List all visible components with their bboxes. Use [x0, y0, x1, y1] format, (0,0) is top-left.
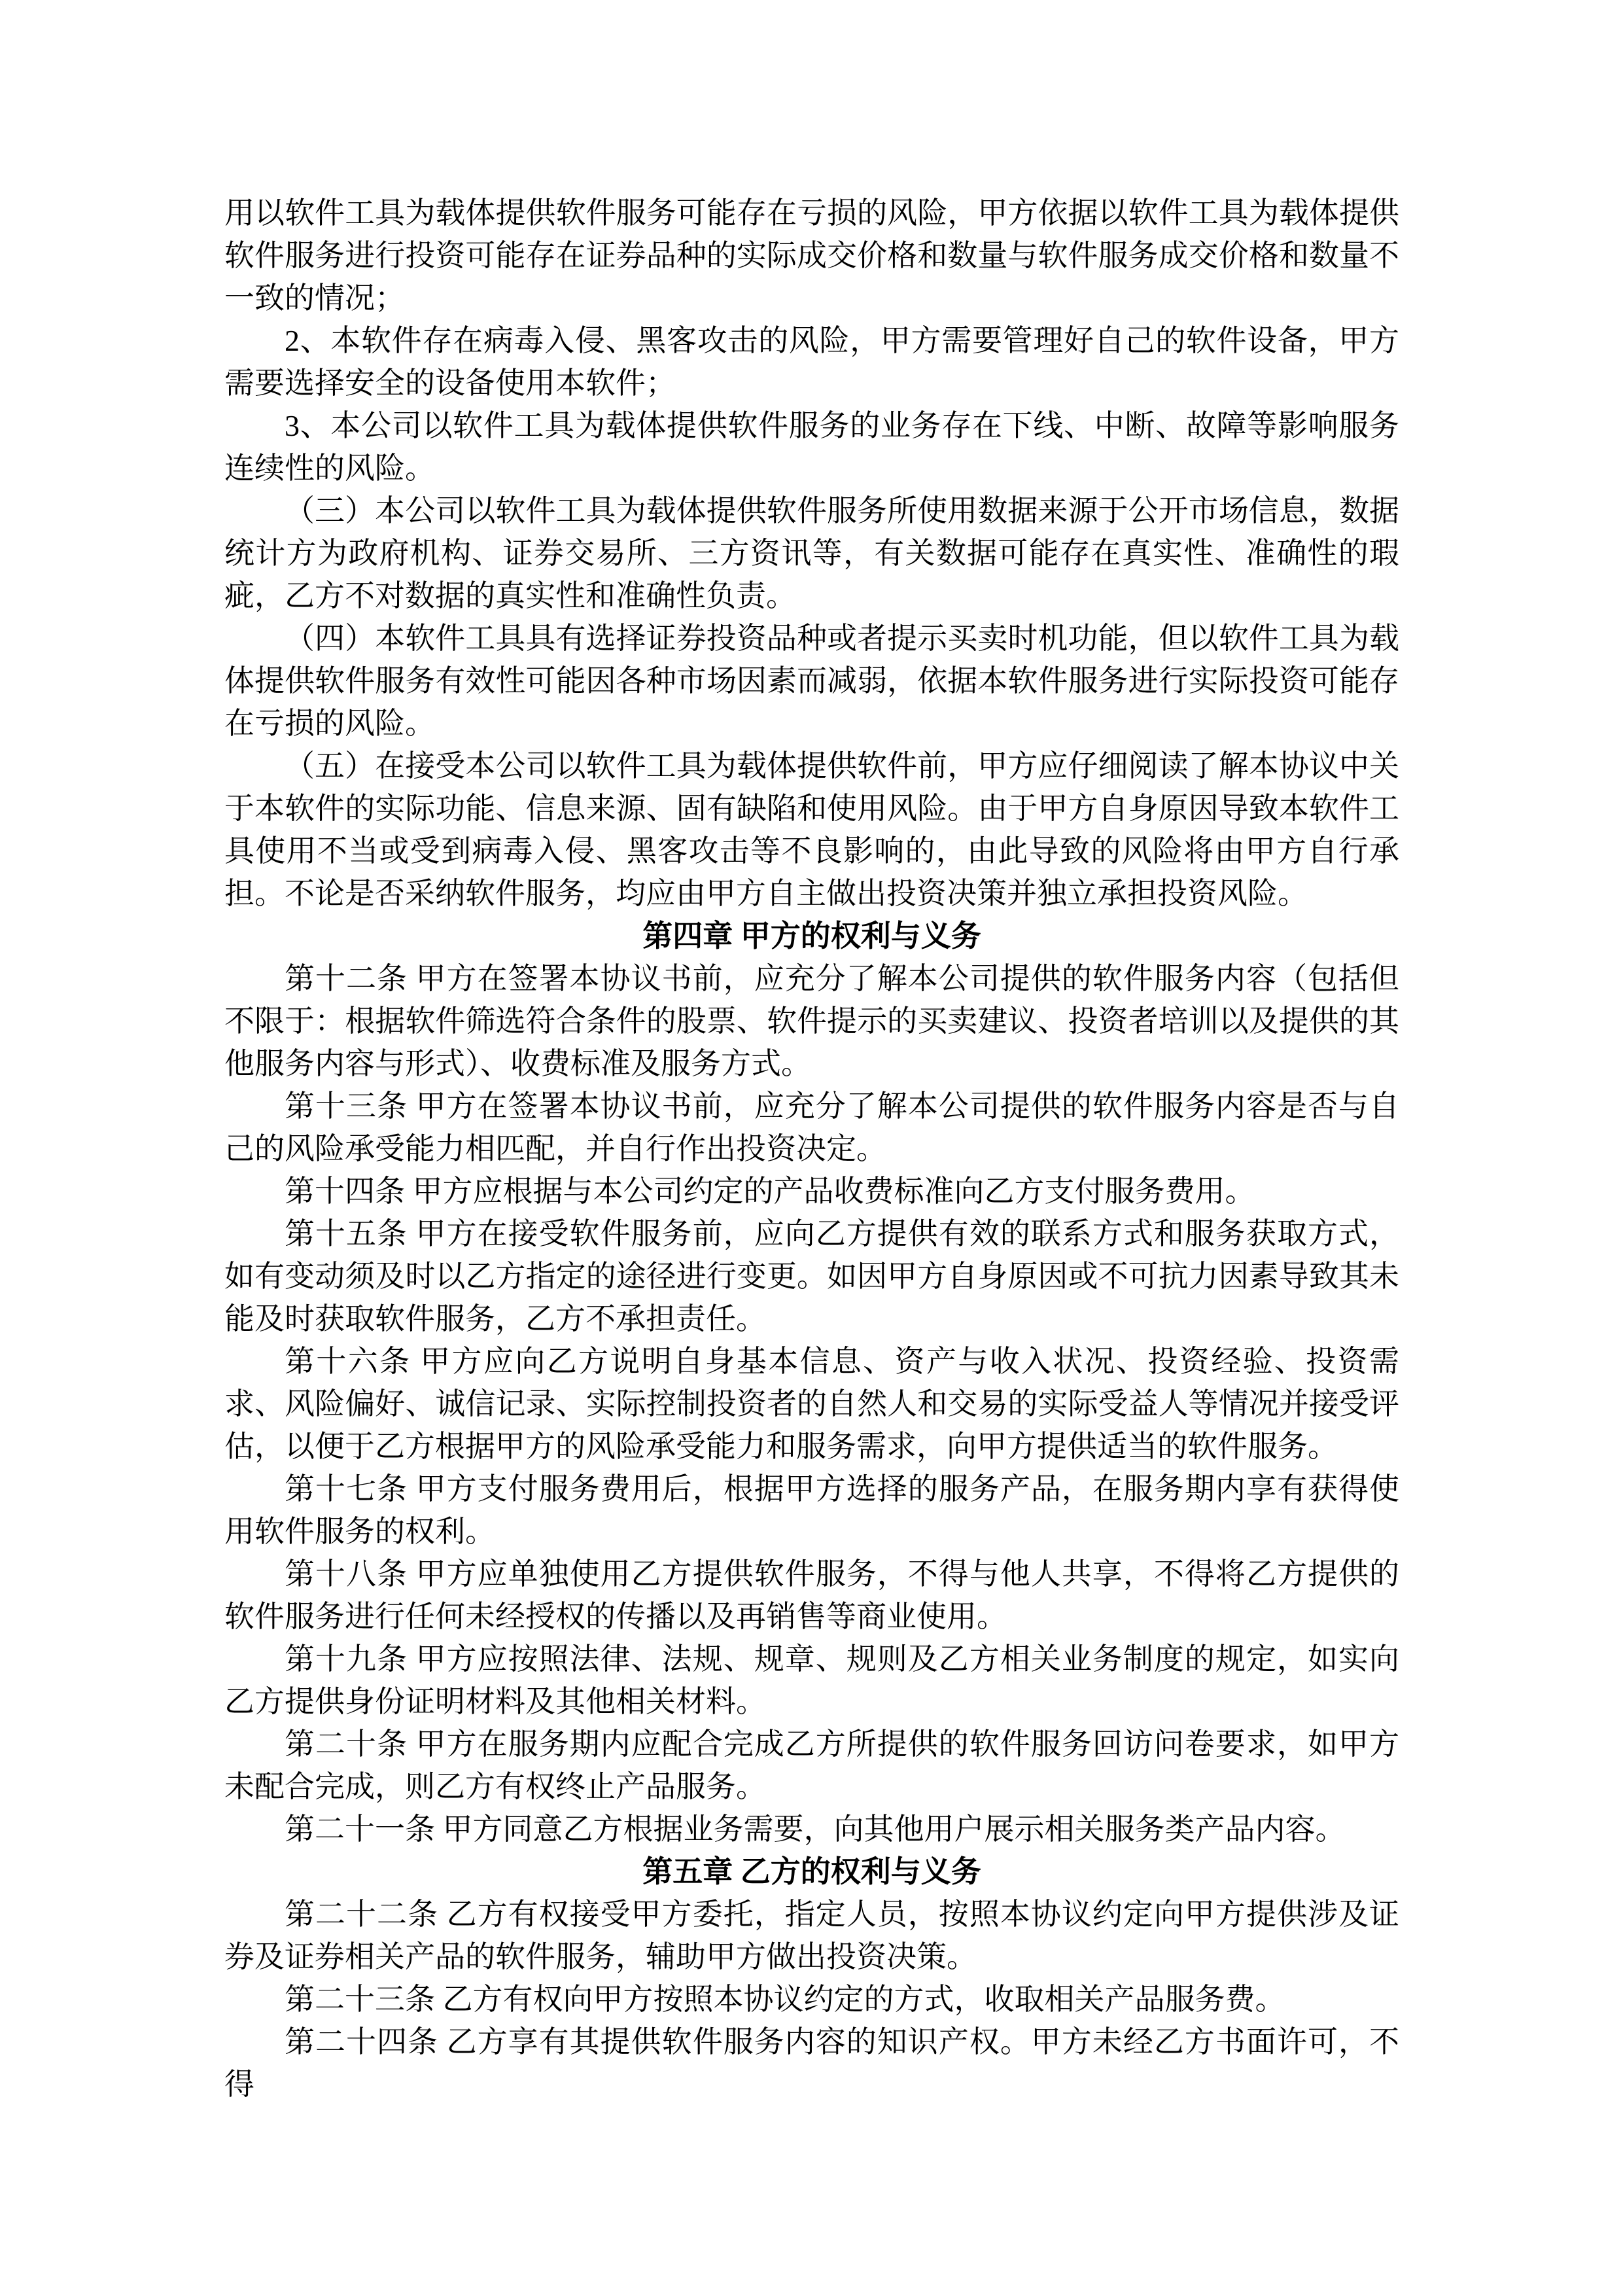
paragraph-article-23: 第二十三条 乙方有权向甲方按照本协议约定的方式，收取相关产品服务费。: [224, 1978, 1399, 2021]
paragraph-continuation: 用以软件工具为载体提供软件服务可能存在亏损的风险，甲方依据以软件工具为载体提供软…: [224, 192, 1399, 319]
paragraph-article-21: 第二十一条 甲方同意乙方根据业务需要，向其他用户展示相关服务类产品内容。: [224, 1808, 1399, 1850]
paragraph-article-12: 第十二条 甲方在签署本协议书前，应充分了解本公司提供的软件服务内容（包括但不限于…: [224, 957, 1399, 1085]
paragraph-clause-4: （四）本软件工具具有选择证券投资品种或者提示买卖时机功能，但以软件工具为载体提供…: [224, 617, 1399, 745]
chapter-4-heading: 第四章 甲方的权利与义务: [224, 915, 1399, 957]
paragraph-clause-3: （三）本公司以软件工具为载体提供软件服务所使用数据来源于公开市场信息，数据统计方…: [224, 489, 1399, 617]
paragraph-article-19: 第十九条 甲方应按照法律、法规、规章、规则及乙方相关业务制度的规定，如实向乙方提…: [224, 1638, 1399, 1723]
paragraph-clause-5: （五）在接受本公司以软件工具为载体提供软件前，甲方应仔细阅读了解本协议中关于本软…: [224, 745, 1399, 915]
paragraph-article-24: 第二十四条 乙方享有其提供软件服务内容的知识产权。甲方未经乙方书面许可，不得: [224, 2021, 1399, 2106]
paragraph-article-20: 第二十条 甲方在服务期内应配合完成乙方所提供的软件服务回访问卷要求，如甲方未配合…: [224, 1723, 1399, 1808]
paragraph-article-13: 第十三条 甲方在签署本协议书前，应充分了解本公司提供的软件服务内容是否与自己的风…: [224, 1085, 1399, 1170]
paragraph-article-17: 第十七条 甲方支付服务费用后，根据甲方选择的服务产品，在服务期内享有获得使用软件…: [224, 1468, 1399, 1553]
paragraph-article-16: 第十六条 甲方应向乙方说明自身基本信息、资产与收入状况、投资经验、投资需求、风险…: [224, 1340, 1399, 1468]
paragraph-risk-item-2: 2、本软件存在病毒入侵、黑客攻击的风险，甲方需要管理好自己的软件设备，甲方需要选…: [224, 319, 1399, 404]
chapter-5-heading: 第五章 乙方的权利与义务: [224, 1850, 1399, 1893]
paragraph-article-18: 第十八条 甲方应单独使用乙方提供软件服务，不得与他人共享，不得将乙方提供的软件服…: [224, 1553, 1399, 1638]
paragraph-article-22: 第二十二条 乙方有权接受甲方委托，指定人员，按照本协议约定向甲方提供涉及证券及证…: [224, 1893, 1399, 1978]
document-body: 用以软件工具为载体提供软件服务可能存在亏损的风险，甲方依据以软件工具为载体提供软…: [224, 192, 1399, 2106]
paragraph-risk-item-3: 3、本公司以软件工具为载体提供软件服务的业务存在下线、中断、故障等影响服务连续性…: [224, 404, 1399, 489]
paragraph-article-14: 第十四条 甲方应根据与本公司约定的产品收费标准向乙方支付服务费用。: [224, 1170, 1399, 1212]
document-page: 用以软件工具为载体提供软件服务可能存在亏损的风险，甲方依据以软件工具为载体提供软…: [0, 0, 1623, 2296]
paragraph-article-15: 第十五条 甲方在接受软件服务前，应向乙方提供有效的联系方式和服务获取方式，如有变…: [224, 1212, 1399, 1340]
